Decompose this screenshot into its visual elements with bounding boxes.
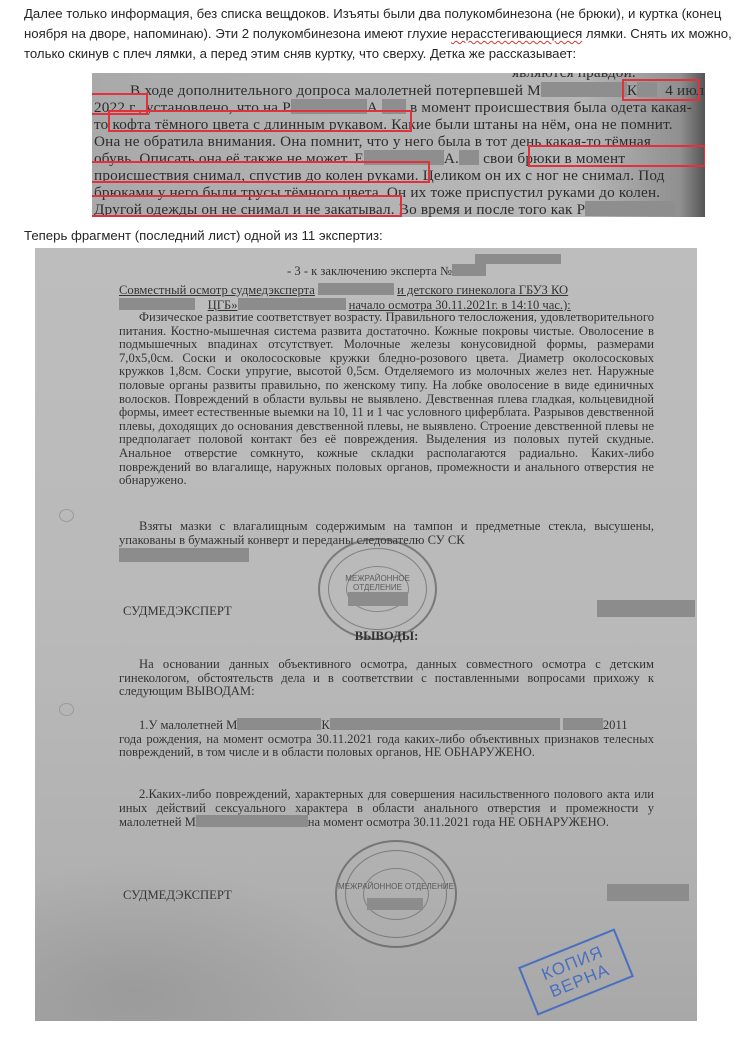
expertise-caption: Теперь фрагмент (последний лист) одной и… xyxy=(24,228,383,243)
signature-label-2: СУДМЕДЭКСПЕРТ xyxy=(123,888,232,903)
binder-hole xyxy=(59,703,74,716)
exam-header: Совместный осмотр судмедэксперта и детск… xyxy=(119,283,654,312)
redaction xyxy=(585,201,675,216)
intro-paragraph: Далее только информация, без списка вещд… xyxy=(24,4,739,64)
redaction xyxy=(119,548,249,562)
conclusion-2: 2.Каких-либо повреждений, характерных дл… xyxy=(119,788,654,830)
redaction xyxy=(541,82,627,97)
redaction xyxy=(475,254,561,264)
conclusion-1: 1.У малолетней МК 2011 года рождения, на… xyxy=(119,718,654,760)
signature-label-1: СУДМЕДЭКСПЕРТ xyxy=(123,604,232,619)
highlight-box-date-july xyxy=(622,79,700,101)
page-header: - 3 - к заключению эксперта № xyxy=(119,264,654,279)
redaction xyxy=(238,298,346,310)
conclusions-intro: На основании данных объективного осмотра… xyxy=(119,658,654,699)
expertise-scan-image: - 3 - к заключению эксперта № Совместный… xyxy=(35,248,697,1021)
redaction xyxy=(452,264,486,276)
highlight-box-pulled-down xyxy=(92,161,430,183)
highlight-box-sweater xyxy=(108,110,412,132)
highlight-box-other-clothes xyxy=(92,195,402,217)
scan1-line-1: В ходе дополнительного допроса малолетне… xyxy=(130,82,705,100)
spellcheck-misspelled-word[interactable]: нерасстегивающиеся xyxy=(451,26,582,41)
scan1-line-0: являются правдой. xyxy=(512,73,636,82)
redaction xyxy=(330,718,560,730)
highlight-box-trousers xyxy=(528,145,705,167)
official-seal: МЕЖРАЙОННОЕ ОТДЕЛЕНИЕ xyxy=(318,538,437,640)
redaction xyxy=(597,600,695,617)
redaction xyxy=(459,150,479,165)
redaction xyxy=(607,884,689,901)
binder-hole xyxy=(59,509,74,522)
conclusions-title: ВЫВОДЫ: xyxy=(119,630,654,644)
redaction xyxy=(119,298,195,310)
official-seal-2: МЕЖРАЙОННОЕ ОТДЕЛЕНИЕ xyxy=(335,840,457,948)
redaction xyxy=(318,283,394,295)
redaction xyxy=(563,718,603,730)
redaction xyxy=(196,815,308,827)
interrogation-scan-image: являются правдой. В ходе дополнительного… xyxy=(92,73,705,217)
redaction xyxy=(237,718,321,730)
exam-findings: Физическое развитие соответствует возрас… xyxy=(119,311,654,488)
